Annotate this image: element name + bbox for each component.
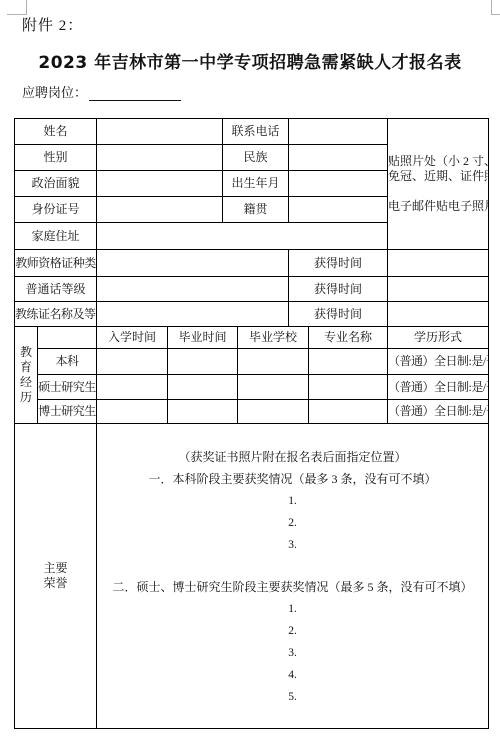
political-status-label: 政治面貌 bbox=[15, 171, 97, 197]
honors-part2-item[interactable]: 4. bbox=[97, 668, 488, 683]
master-graduate-field[interactable] bbox=[168, 375, 238, 400]
position-label: 应聘岗位： bbox=[22, 85, 87, 100]
master-school-field[interactable] bbox=[238, 375, 309, 400]
table-row: 本科 （普通）全日制:是/否 bbox=[15, 349, 489, 375]
page-title: 2023 年吉林市第一中学专项招聘急需紧缺人才报名表 bbox=[0, 48, 500, 73]
bachelor-major-field[interactable] bbox=[309, 349, 388, 375]
ethnicity-field[interactable] bbox=[289, 145, 388, 171]
bachelor-degree-form: （普通）全日制:是/否 bbox=[388, 349, 489, 375]
master-stage-label: 硕士研究生 bbox=[38, 375, 97, 400]
table-row: 普通话等级 获得时间 bbox=[15, 277, 489, 302]
honors-part2-item[interactable]: 1. bbox=[97, 602, 488, 617]
graduate-school-header: 毕业学校 bbox=[238, 327, 309, 349]
education-stage-header bbox=[38, 327, 97, 349]
document-page: 附件 2： 2023 年吉林市第一中学专项招聘急需紧缺人才报名表 应聘岗位： 姓… bbox=[0, 0, 500, 741]
obtain-time-field[interactable] bbox=[388, 277, 489, 302]
obtain-time-field[interactable] bbox=[388, 250, 489, 277]
teacher-cert-type-field[interactable] bbox=[97, 250, 289, 277]
putonghua-level-field[interactable] bbox=[97, 277, 289, 302]
degree-form-header: 学历形式 bbox=[388, 327, 489, 349]
obtain-time-label: 获得时间 bbox=[289, 250, 388, 277]
name-label: 姓名 bbox=[15, 119, 97, 145]
bachelor-stage-label: 本科 bbox=[38, 349, 97, 375]
honors-part1-item[interactable]: 3. bbox=[97, 538, 488, 553]
table-row: 教练证名称及等级 获得时间 bbox=[15, 302, 489, 327]
honors-content-cell[interactable]: （获奖证书照片附在报名表后面指定位置） 一．本科阶段主要获奖情况（最多 3 条，… bbox=[97, 424, 489, 729]
table-row: 主要 荣誉 （获奖证书照片附在报名表后面指定位置） 一．本科阶段主要获奖情况（最… bbox=[15, 424, 489, 729]
table-row: 教师资格证种类 获得时间 bbox=[15, 250, 489, 277]
honors-part1-item[interactable]: 1. bbox=[97, 494, 488, 509]
master-major-field[interactable] bbox=[309, 375, 388, 400]
doctor-school-field[interactable] bbox=[238, 400, 309, 424]
coach-cert-label: 教练证名称及等级 bbox=[15, 302, 97, 327]
text-boundary-mark-top-right bbox=[491, 0, 500, 15]
honors-part2-item[interactable]: 5. bbox=[97, 690, 488, 705]
bachelor-graduate-field[interactable] bbox=[168, 349, 238, 375]
table-row: 硕士研究生 （普通）全日制:是/否 bbox=[15, 375, 489, 400]
table-row: 姓名 联系电话 贴照片处（小 2 寸、 免冠、近期、证件照） 电子邮件贴电子照片 bbox=[15, 119, 489, 145]
honors-part1-item[interactable]: 2. bbox=[97, 516, 488, 531]
honors-part2-title: 二．硕士、博士研究生阶段主要获奖情况（最多 5 条，没有可不填） bbox=[97, 579, 488, 595]
home-address-field[interactable] bbox=[97, 223, 388, 250]
position-blank-field[interactable] bbox=[89, 86, 181, 101]
bachelor-school-field[interactable] bbox=[238, 349, 309, 375]
phone-field[interactable] bbox=[289, 119, 388, 145]
education-section-label: 教育经历 bbox=[15, 327, 38, 424]
native-place-field[interactable] bbox=[289, 197, 388, 223]
doctor-degree-form: （普通）全日制:是/否 bbox=[388, 400, 489, 424]
photo-note-line1: 贴照片处（小 2 寸、 bbox=[388, 154, 488, 169]
bachelor-enroll-field[interactable] bbox=[97, 349, 168, 375]
graduate-time-header: 毕业时间 bbox=[168, 327, 238, 349]
honors-part2-item[interactable]: 2. bbox=[97, 624, 488, 639]
master-enroll-field[interactable] bbox=[97, 375, 168, 400]
photo-area: 贴照片处（小 2 寸、 免冠、近期、证件照） 电子邮件贴电子照片 bbox=[388, 119, 489, 250]
ethnicity-label: 民族 bbox=[223, 145, 289, 171]
table-row: 博士研究生 （普通）全日制:是/否 bbox=[15, 400, 489, 424]
doctor-stage-label: 博士研究生 bbox=[38, 400, 97, 424]
birth-date-label: 出生年月 bbox=[223, 171, 289, 197]
home-address-label: 家庭住址 bbox=[15, 223, 97, 250]
position-line: 应聘岗位： bbox=[22, 82, 181, 101]
gender-label: 性别 bbox=[15, 145, 97, 171]
table-row: 教育经历 入学时间 毕业时间 毕业学校 专业名称 学历形式 bbox=[15, 327, 489, 349]
doctor-major-field[interactable] bbox=[309, 400, 388, 424]
major-name-header: 专业名称 bbox=[309, 327, 388, 349]
honors-label-line2: 荣誉 bbox=[15, 576, 96, 591]
native-place-label: 籍贯 bbox=[223, 197, 289, 223]
honors-section-label: 主要 荣誉 bbox=[15, 424, 97, 729]
photo-note-line3: 电子邮件贴电子照片 bbox=[388, 199, 488, 214]
application-form-table: 姓名 联系电话 贴照片处（小 2 寸、 免冠、近期、证件照） 电子邮件贴电子照片… bbox=[14, 118, 489, 729]
gender-field[interactable] bbox=[97, 145, 223, 171]
text-boundary-mark-top-left bbox=[7, 0, 27, 15]
photo-note-line2: 免冠、近期、证件照） bbox=[388, 169, 488, 184]
obtain-time-label: 获得时间 bbox=[289, 302, 388, 327]
id-number-field[interactable] bbox=[97, 197, 223, 223]
political-status-field[interactable] bbox=[97, 171, 223, 197]
honors-part1-title: 一．本科阶段主要获奖情况（最多 3 条，没有可不填） bbox=[97, 471, 488, 487]
doctor-enroll-field[interactable] bbox=[97, 400, 168, 424]
honors-label-line1: 主要 bbox=[15, 561, 96, 576]
id-number-label: 身份证号 bbox=[15, 197, 97, 223]
enroll-time-header: 入学时间 bbox=[97, 327, 168, 349]
teacher-cert-type-label: 教师资格证种类 bbox=[15, 250, 97, 277]
phone-label: 联系电话 bbox=[223, 119, 289, 145]
honors-part2-item[interactable]: 3. bbox=[97, 646, 488, 661]
obtain-time-label: 获得时间 bbox=[289, 277, 388, 302]
putonghua-level-label: 普通话等级 bbox=[15, 277, 97, 302]
name-field[interactable] bbox=[97, 119, 223, 145]
birth-date-field[interactable] bbox=[289, 171, 388, 197]
coach-cert-field[interactable] bbox=[97, 302, 289, 327]
obtain-time-field[interactable] bbox=[388, 302, 489, 327]
honors-note: （获奖证书照片附在报名表后面指定位置） bbox=[97, 449, 488, 465]
master-degree-form: （普通）全日制:是/否 bbox=[388, 375, 489, 400]
doctor-graduate-field[interactable] bbox=[168, 400, 238, 424]
attachment-label: 附件 2： bbox=[22, 14, 83, 35]
